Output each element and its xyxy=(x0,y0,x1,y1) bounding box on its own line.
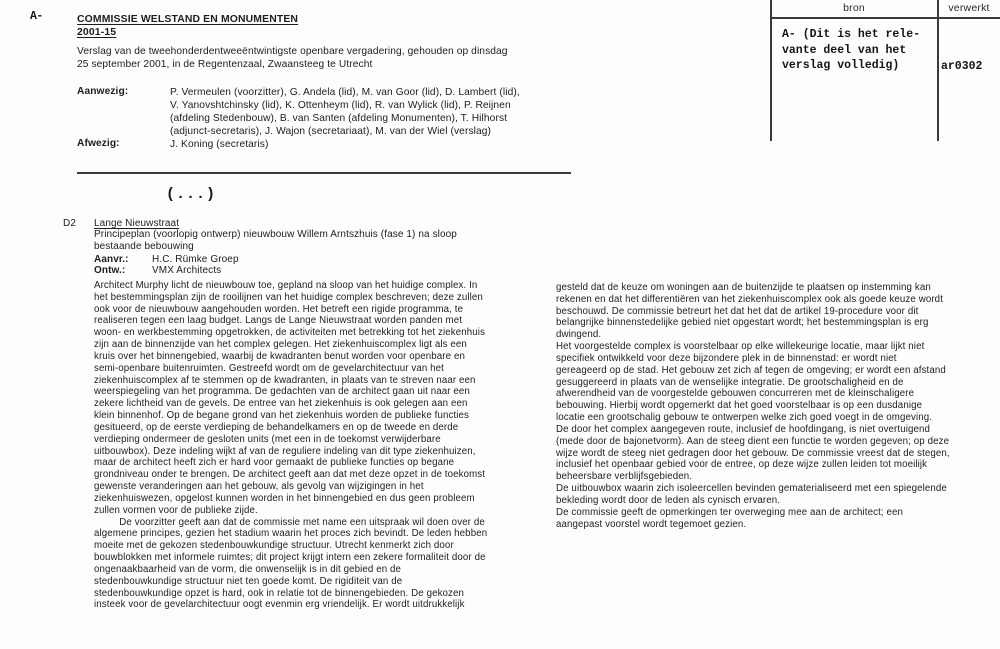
stamp-table-left-border xyxy=(770,0,772,141)
absent-label: Afwezig: xyxy=(77,138,120,149)
applicant-row: Aanvr.:H.C. Rümke Groep xyxy=(94,254,457,265)
body-left-column: Architect Murphy licht de nieuwbouw toe,… xyxy=(94,280,487,611)
agenda-item-title: Lange Nieuwstraat xyxy=(94,218,457,229)
absent-names: J. Koning (secretaris) xyxy=(170,138,268,151)
applicant-label: Aanvr.: xyxy=(94,254,152,265)
stamp-verwerkt-value: ar0302 xyxy=(941,59,982,75)
agenda-item-block: Lange Nieuwstraat Principeplan (voorlopi… xyxy=(94,218,457,276)
meeting-intro: Verslag van de tweehonderdentweeëntwinti… xyxy=(77,45,508,71)
omission-ellipsis: (...) xyxy=(166,186,216,203)
stamp-col-verwerkt-header: verwerkt xyxy=(938,2,1000,14)
designer-row: Ontw.:VMX Architects xyxy=(94,265,457,276)
stamp-table-header-rule xyxy=(770,17,1000,19)
agenda-item-subtitle: Principeplan (voorlopig ontwerp) nieuwbo… xyxy=(94,229,457,254)
designer-value: VMX Architects xyxy=(152,265,221,276)
present-names: P. Vermeulen (voorzitter), G. Andela (li… xyxy=(170,86,520,138)
doc-number: 2001-15 xyxy=(77,26,298,39)
stamp-bron-note: A- (Dit is het rele- vante deel van het … xyxy=(782,27,920,74)
section-divider xyxy=(77,172,571,174)
doc-title: COMMISSIE WELSTAND EN MONUMENTEN xyxy=(77,13,298,26)
stamp-table-column-divider xyxy=(937,0,939,141)
body-right-column: gesteld dat de keuze om woningen aan de … xyxy=(556,282,950,530)
stamp-col-bron-header: bron xyxy=(771,2,937,14)
margin-marker: A- xyxy=(30,10,43,23)
doc-title-block: COMMISSIE WELSTAND EN MONUMENTEN 2001-15 xyxy=(77,13,298,39)
scanned-document-page: A- COMMISSIE WELSTAND EN MONUMENTEN 2001… xyxy=(0,0,1000,649)
agenda-item-code: D2 xyxy=(63,218,76,229)
applicant-value: H.C. Rümke Groep xyxy=(152,254,239,265)
present-label: Aanwezig: xyxy=(77,86,128,97)
designer-label: Ontw.: xyxy=(94,265,152,276)
